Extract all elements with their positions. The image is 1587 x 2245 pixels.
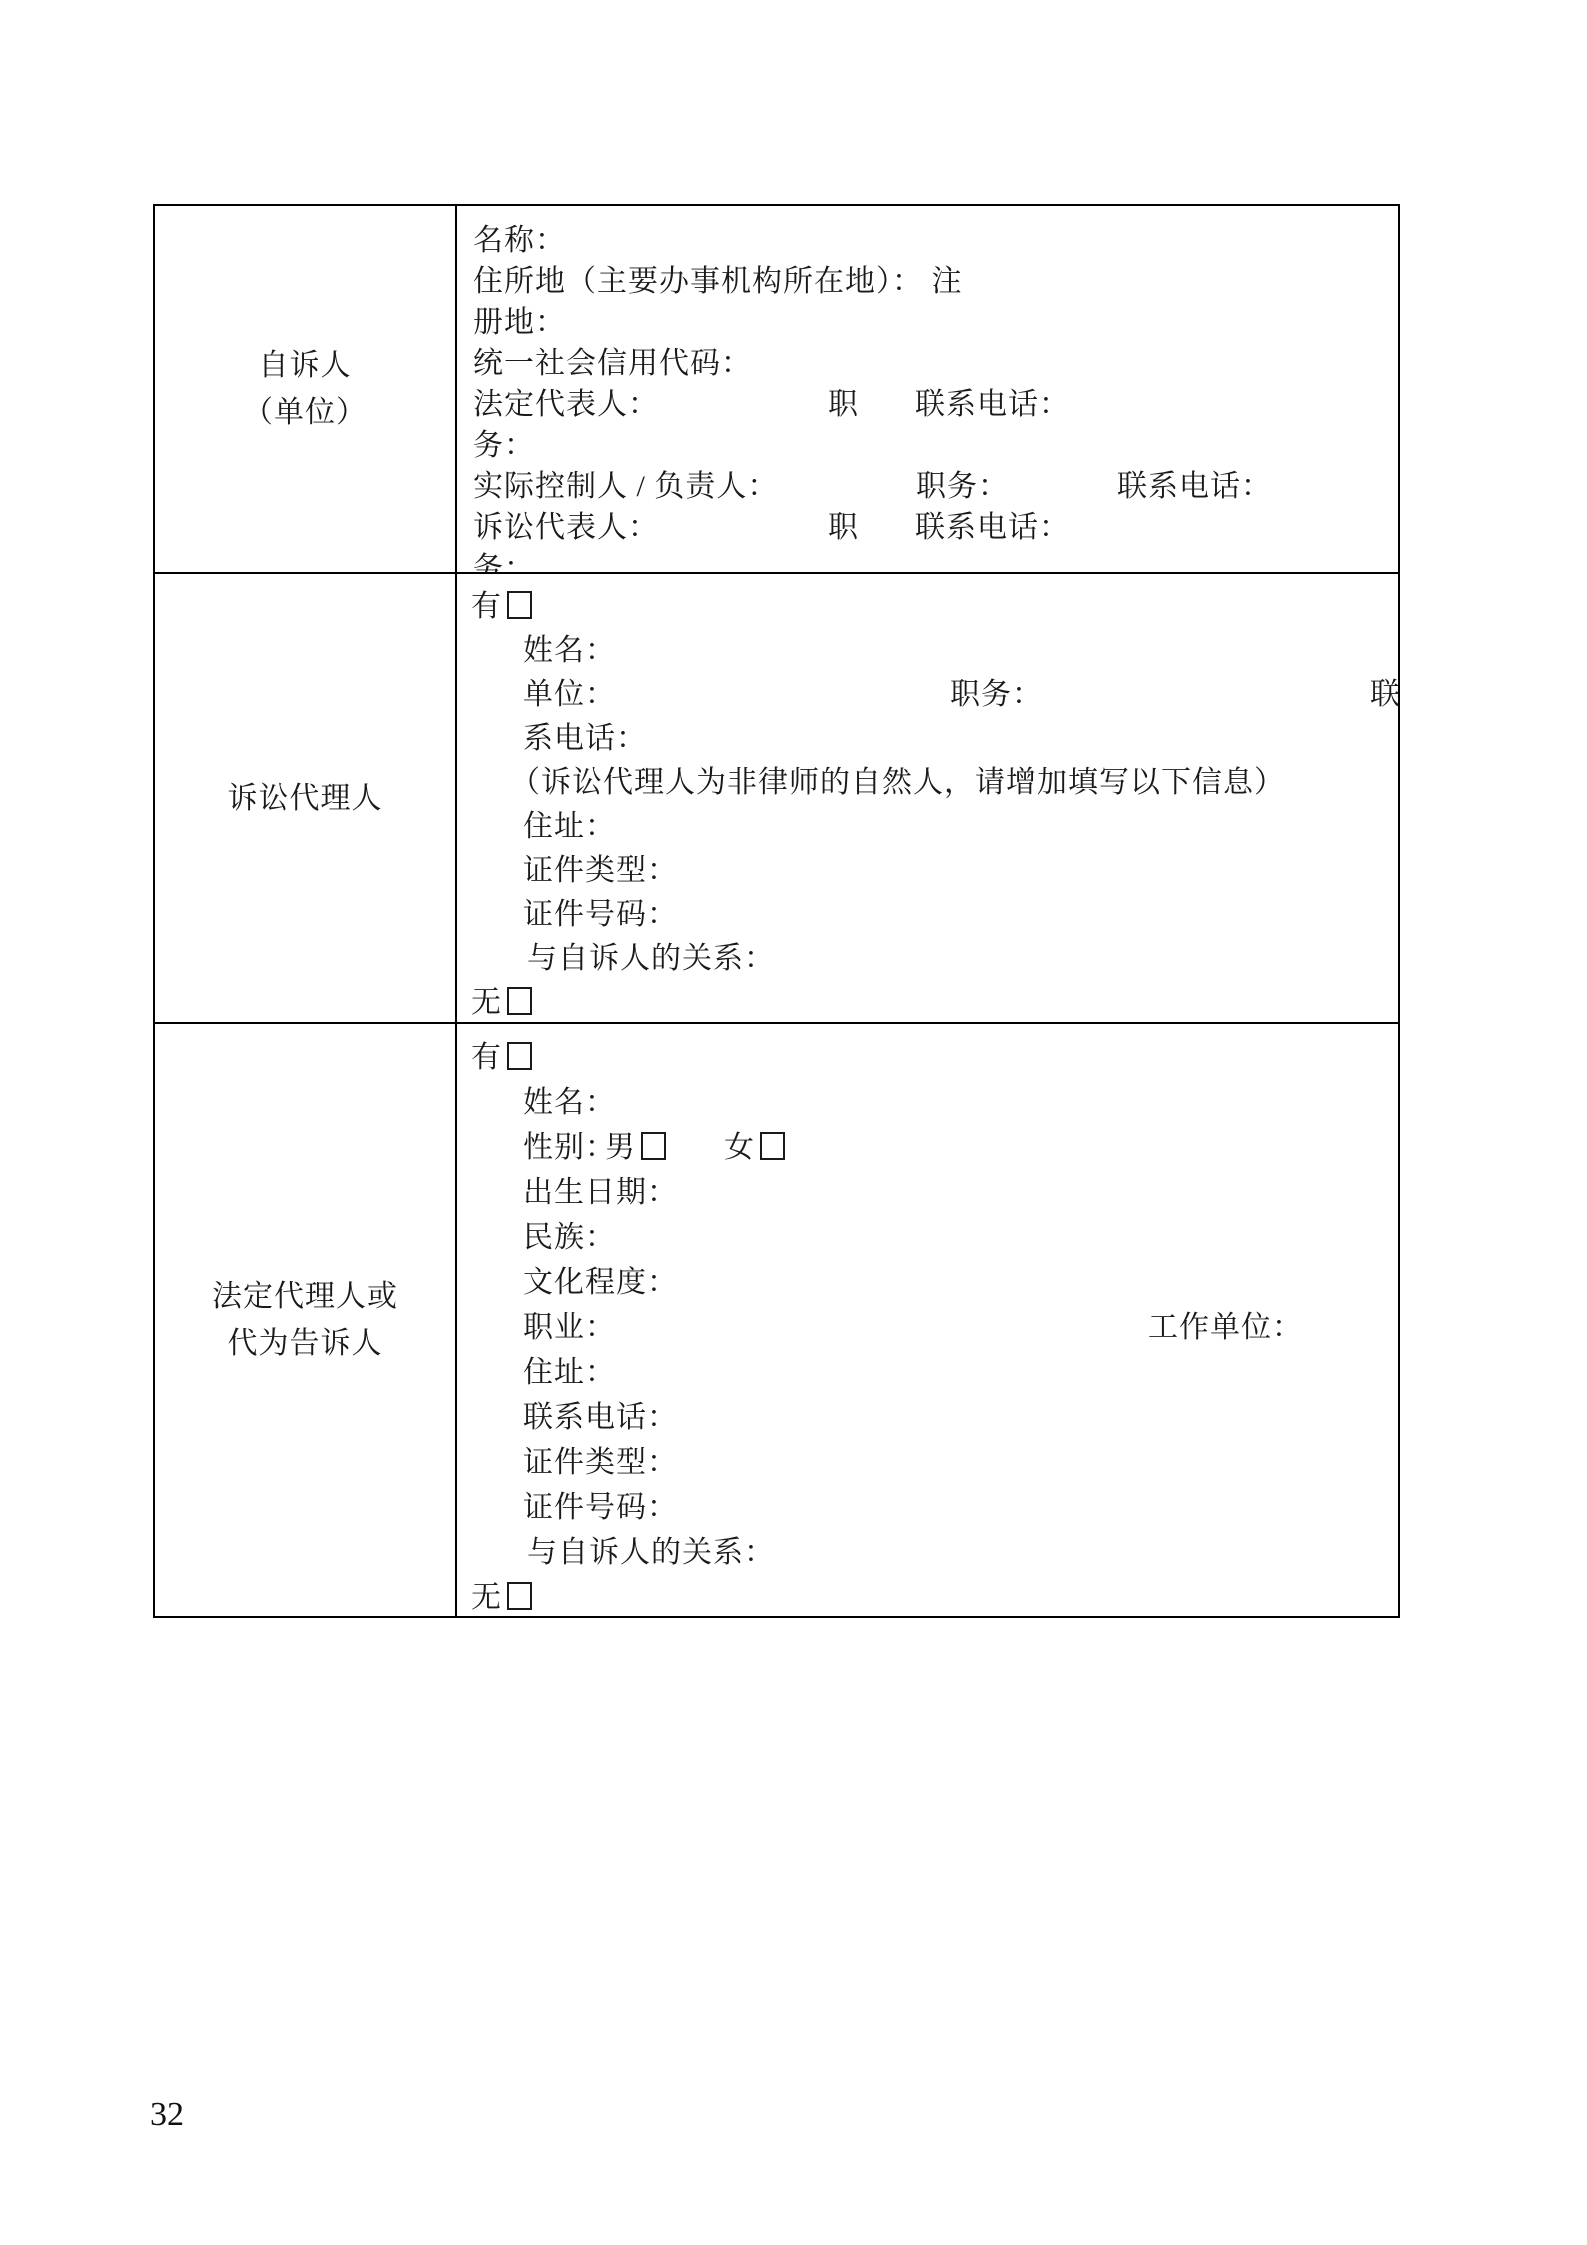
field-label: 务： (473, 420, 535, 464)
field-line: 实际控制人 / 负责人：职务：联系电话： (457, 462, 1398, 503)
field-label: 单位： (523, 669, 616, 713)
field-label-text: 证件号码： (523, 1491, 678, 1524)
field-line: 证件类型： (457, 1436, 1398, 1481)
field-label: （诉讼代理人为非律师的自然人，请增加填写以下信息） (510, 757, 1285, 801)
field-label-text: 联系电话： (915, 511, 1070, 544)
field-label-text: 系电话： (523, 722, 647, 755)
field-label-text: 证件类型： (523, 854, 678, 887)
field-label: 工作单位： (1148, 1302, 1303, 1346)
field-label: 女 (724, 1122, 785, 1166)
field-line: 系电话： (457, 713, 1398, 757)
field-line: 务： (457, 544, 1398, 572)
field-line: 有 (457, 1031, 1398, 1076)
field-label: 住址： (523, 1347, 616, 1391)
field-label-text: （诉讼代理人为非律师的自然人，请增加填写以下信息） (510, 766, 1285, 799)
field-label-text: 无 (471, 1581, 502, 1614)
checkbox[interactable] (507, 1582, 532, 1610)
field-label-text: 法定代表人： (473, 388, 659, 421)
field-label-text: 住址： (523, 1356, 616, 1389)
row-content-cell: 名称：住所地（主要办事机构所在地）： 注册地：统一社会信用代码：法定代表人：职联… (457, 206, 1398, 572)
form-table: 自诉人（单位）名称：住所地（主要办事机构所在地）： 注册地：统一社会信用代码：法… (153, 204, 1400, 1618)
field-line: 册地： (457, 298, 1398, 339)
field-label-text: 联系电话： (1117, 470, 1272, 503)
field-label: 职业： (523, 1302, 616, 1346)
field-label-text: 民族： (523, 1221, 616, 1254)
checkbox[interactable] (641, 1132, 666, 1160)
field-label: 联系电话： (915, 379, 1070, 423)
field-label-text: 诉讼代表人： (473, 511, 659, 544)
field-line: 无 (457, 977, 1398, 1021)
row-label-text: （单位） (243, 389, 367, 436)
field-line: 性别：男女 (457, 1121, 1398, 1166)
field-label: 证件类型： (523, 1437, 678, 1481)
field-line: 职业：工作单位： (457, 1301, 1398, 1346)
field-label-text: 务： (473, 552, 535, 573)
table-row: 法定代理人或代为告诉人有姓名：性别：男女出生日期：民族：文化程度：职业：工作单位… (155, 1024, 1398, 1616)
field-label-text: 联 (1370, 678, 1398, 711)
field-label-text: 名称： (473, 224, 566, 257)
page-number: 32 (150, 2096, 184, 2134)
field-line: 诉讼代表人：职联系电话： (457, 503, 1398, 544)
checkbox[interactable] (507, 987, 532, 1015)
field-label: 无 (471, 1572, 532, 1616)
field-label: 证件类型： (523, 845, 678, 889)
field-label-text: 职业： (523, 1311, 616, 1344)
checkbox[interactable] (760, 1132, 785, 1160)
row-label-cell: 诉讼代理人 (155, 574, 457, 1022)
field-label: 姓名： (523, 625, 616, 669)
field-label-text: 姓名： (523, 1086, 616, 1119)
row-label-cell: 自诉人（单位） (155, 206, 457, 572)
row-label-text: 代为告诉人 (228, 1320, 383, 1367)
field-label: 与自诉人的关系： (527, 1527, 775, 1571)
field-label-text: 实际控制人 / 负责人： (473, 470, 778, 503)
field-label: 联系电话： (1117, 461, 1272, 505)
row-label-text: 诉讼代理人 (228, 775, 383, 822)
field-label: 无 (471, 977, 532, 1021)
field-line: 务： (457, 421, 1398, 462)
field-label-text: 文化程度： (523, 1266, 678, 1299)
field-label-text: 有 (471, 1041, 502, 1074)
field-label: 法定代表人： (473, 379, 659, 423)
field-label: 联系电话： (915, 502, 1070, 546)
field-line: 与自诉人的关系： (457, 1526, 1398, 1571)
field-line: 住所地（主要办事机构所在地）： 注 (457, 257, 1398, 298)
field-label-text: 务： (473, 429, 535, 462)
field-label: 民族： (523, 1212, 616, 1256)
field-label-text: 有 (471, 590, 502, 623)
field-label-text: 职 (828, 511, 859, 544)
field-label-text: 与自诉人的关系： (527, 942, 775, 975)
field-label: 有 (471, 1032, 532, 1076)
field-label: 职务： (950, 669, 1043, 713)
field-line: 文化程度： (457, 1256, 1398, 1301)
field-label: 务： (473, 543, 535, 573)
field-line: 证件号码： (457, 1481, 1398, 1526)
field-line: 与自诉人的关系： (457, 933, 1398, 977)
field-label-text: 住所地（主要办事机构所在地）： 注 (473, 265, 963, 298)
field-label: 系电话： (523, 713, 647, 757)
checkbox[interactable] (507, 591, 532, 619)
field-line: 统一社会信用代码： (457, 339, 1398, 380)
row-content-cell: 有姓名：单位：职务：联系电话：（诉讼代理人为非律师的自然人，请增加填写以下信息）… (457, 574, 1398, 1022)
field-label-text: 男 (605, 1131, 636, 1164)
field-label: 性别： (523, 1122, 616, 1166)
field-line: 住址： (457, 1346, 1398, 1391)
field-label: 姓名： (523, 1077, 616, 1121)
field-label: 联系电话： (523, 1392, 678, 1436)
row-content-cell: 有姓名：性别：男女出生日期：民族：文化程度：职业：工作单位：住址：联系电话：证件… (457, 1024, 1398, 1616)
field-label-text: 职 (828, 388, 859, 421)
row-label-text: 自诉人 (259, 342, 352, 389)
field-label: 证件号码： (523, 1482, 678, 1526)
field-label-text: 证件号码： (523, 898, 678, 931)
field-line: 名称： (457, 216, 1398, 257)
checkbox[interactable] (507, 1042, 532, 1070)
field-label: 住址： (523, 801, 616, 845)
field-label-text: 出生日期： (523, 1176, 678, 1209)
field-label-text: 住址： (523, 810, 616, 843)
field-line: 住址： (457, 801, 1398, 845)
field-line: 姓名： (457, 1076, 1398, 1121)
field-label: 实际控制人 / 负责人： (473, 461, 778, 505)
field-label: 册地： (473, 297, 566, 341)
table-row: 诉讼代理人有姓名：单位：职务：联系电话：（诉讼代理人为非律师的自然人，请增加填写… (155, 574, 1398, 1024)
field-label-text: 姓名： (523, 634, 616, 667)
field-line: 联系电话： (457, 1391, 1398, 1436)
field-label: 诉讼代表人： (473, 502, 659, 546)
field-label: 名称： (473, 215, 566, 259)
field-label: 有 (471, 581, 532, 625)
row-label-text: 法定代理人或 (212, 1273, 398, 1320)
field-label-text: 工作单位： (1148, 1311, 1303, 1344)
field-line: 证件号码： (457, 889, 1398, 933)
field-line: 姓名： (457, 625, 1398, 669)
field-line: 民族： (457, 1211, 1398, 1256)
field-label-text: 无 (471, 986, 502, 1019)
field-label-text: 单位： (523, 678, 616, 711)
field-label: 文化程度： (523, 1257, 678, 1301)
field-label: 职 (828, 379, 859, 423)
field-line: 单位：职务：联 (457, 669, 1398, 713)
row-label-cell: 法定代理人或代为告诉人 (155, 1024, 457, 1616)
field-line: 法定代表人：职联系电话： (457, 380, 1398, 421)
field-label-text: 统一社会信用代码： (473, 347, 752, 380)
field-line: 证件类型： (457, 845, 1398, 889)
field-label-text: 联系电话： (523, 1401, 678, 1434)
field-label: 出生日期： (523, 1167, 678, 1211)
table-row: 自诉人（单位）名称：住所地（主要办事机构所在地）： 注册地：统一社会信用代码：法… (155, 206, 1398, 574)
field-label-text: 册地： (473, 306, 566, 339)
field-label: 男 (605, 1122, 666, 1166)
field-label-text: 性别： (523, 1131, 616, 1164)
field-label-text: 女 (724, 1131, 755, 1164)
field-label: 联 (1370, 669, 1398, 713)
field-line: 出生日期： (457, 1166, 1398, 1211)
field-label: 与自诉人的关系： (527, 933, 775, 977)
document-page: 自诉人（单位）名称：住所地（主要办事机构所在地）： 注册地：统一社会信用代码：法… (0, 0, 1587, 2245)
field-label-text: 与自诉人的关系： (527, 1536, 775, 1569)
field-label: 职 (828, 502, 859, 546)
field-label: 统一社会信用代码： (473, 338, 752, 382)
field-label-text: 证件类型： (523, 1446, 678, 1479)
field-label-text: 职务： (950, 678, 1043, 711)
field-label-text: 职务： (916, 470, 1009, 503)
field-label-text: 联系电话： (915, 388, 1070, 421)
field-line: （诉讼代理人为非律师的自然人，请增加填写以下信息） (457, 757, 1398, 801)
field-line: 有 (457, 581, 1398, 625)
field-label: 住所地（主要办事机构所在地）： 注 (473, 256, 963, 300)
field-line: 无 (457, 1571, 1398, 1616)
field-label: 证件号码： (523, 889, 678, 933)
field-label: 职务： (916, 461, 1009, 505)
